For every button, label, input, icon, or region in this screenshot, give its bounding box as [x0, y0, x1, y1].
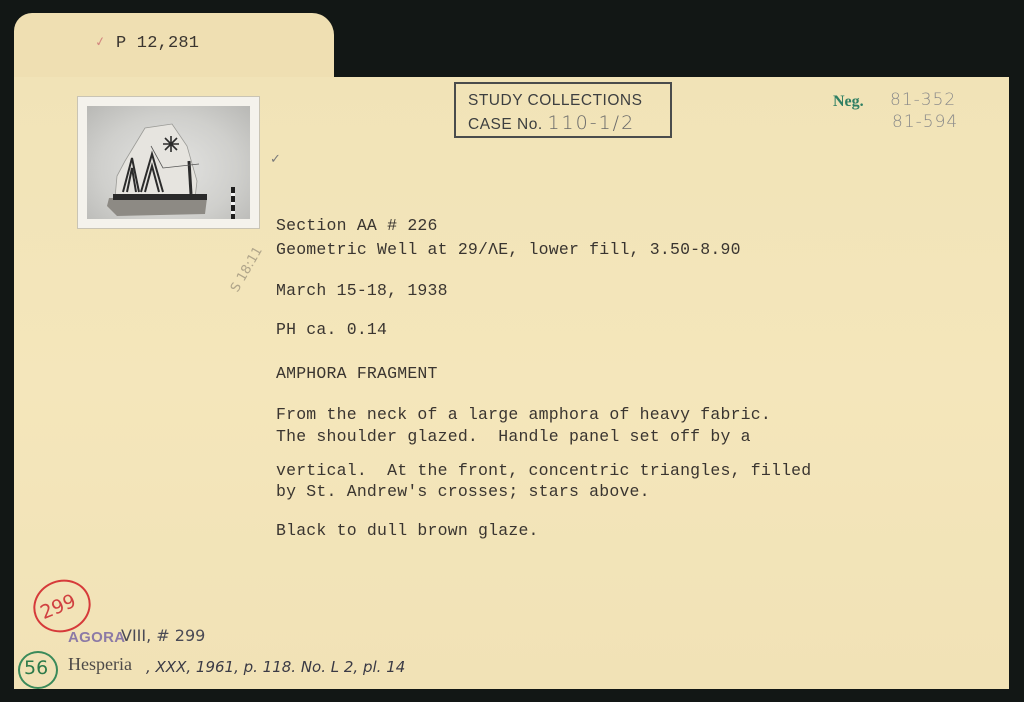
description-line-3: vertical. At the front, concentric trian… — [276, 461, 811, 480]
object-photo — [77, 96, 260, 229]
hesperia-label: Hesperia — [68, 654, 132, 675]
green-circled-number: 56 — [24, 657, 48, 679]
negative-number-2: 81-594 — [892, 112, 958, 132]
description-line-2: The shoulder glazed. Handle panel set of… — [276, 427, 751, 446]
scale-bar — [231, 187, 235, 219]
agora-reference: VIII, # 299 — [121, 626, 205, 645]
amphora-fragment-icon — [87, 106, 250, 219]
object-name: AMPHORA FRAGMENT — [276, 364, 438, 383]
section-line: Section AA # 226 — [276, 216, 438, 235]
hesperia-reference: , XXX, 1961, p. 118. No. L 2, pl. 14 — [146, 658, 405, 676]
negative-number-1: 81-352 — [890, 90, 956, 110]
description-line-1: From the neck of a large amphora of heav… — [276, 405, 771, 424]
stamp-case-line: CASE No. 110-1/2 — [468, 112, 635, 134]
date-line: March 15-18, 1938 — [276, 281, 448, 300]
agora-stamp: AGORA — [68, 629, 125, 646]
catalog-number: P 12,281 — [116, 34, 199, 53]
negative-label: Neg. — [833, 93, 864, 111]
stamp-title: STUDY COLLECTIONS — [468, 92, 642, 110]
red-check-mark: ✓ — [94, 34, 107, 51]
dimension-line: PH ca. 0.14 — [276, 320, 387, 339]
photo-image — [87, 106, 250, 219]
stamp-case-label: CASE No. — [468, 116, 543, 133]
stamp-case-number: 110-1/2 — [547, 112, 635, 134]
description-line-4: by St. Andrew's crosses; stars above. — [276, 482, 650, 501]
study-collections-stamp: STUDY COLLECTIONS CASE No. 110-1/2 — [454, 82, 672, 138]
location-line: Geometric Well at 29/ΛE, lower fill, 3.5… — [276, 240, 741, 259]
glaze-line: Black to dull brown glaze. — [276, 521, 539, 540]
check-mark: ✓ — [270, 152, 281, 167]
